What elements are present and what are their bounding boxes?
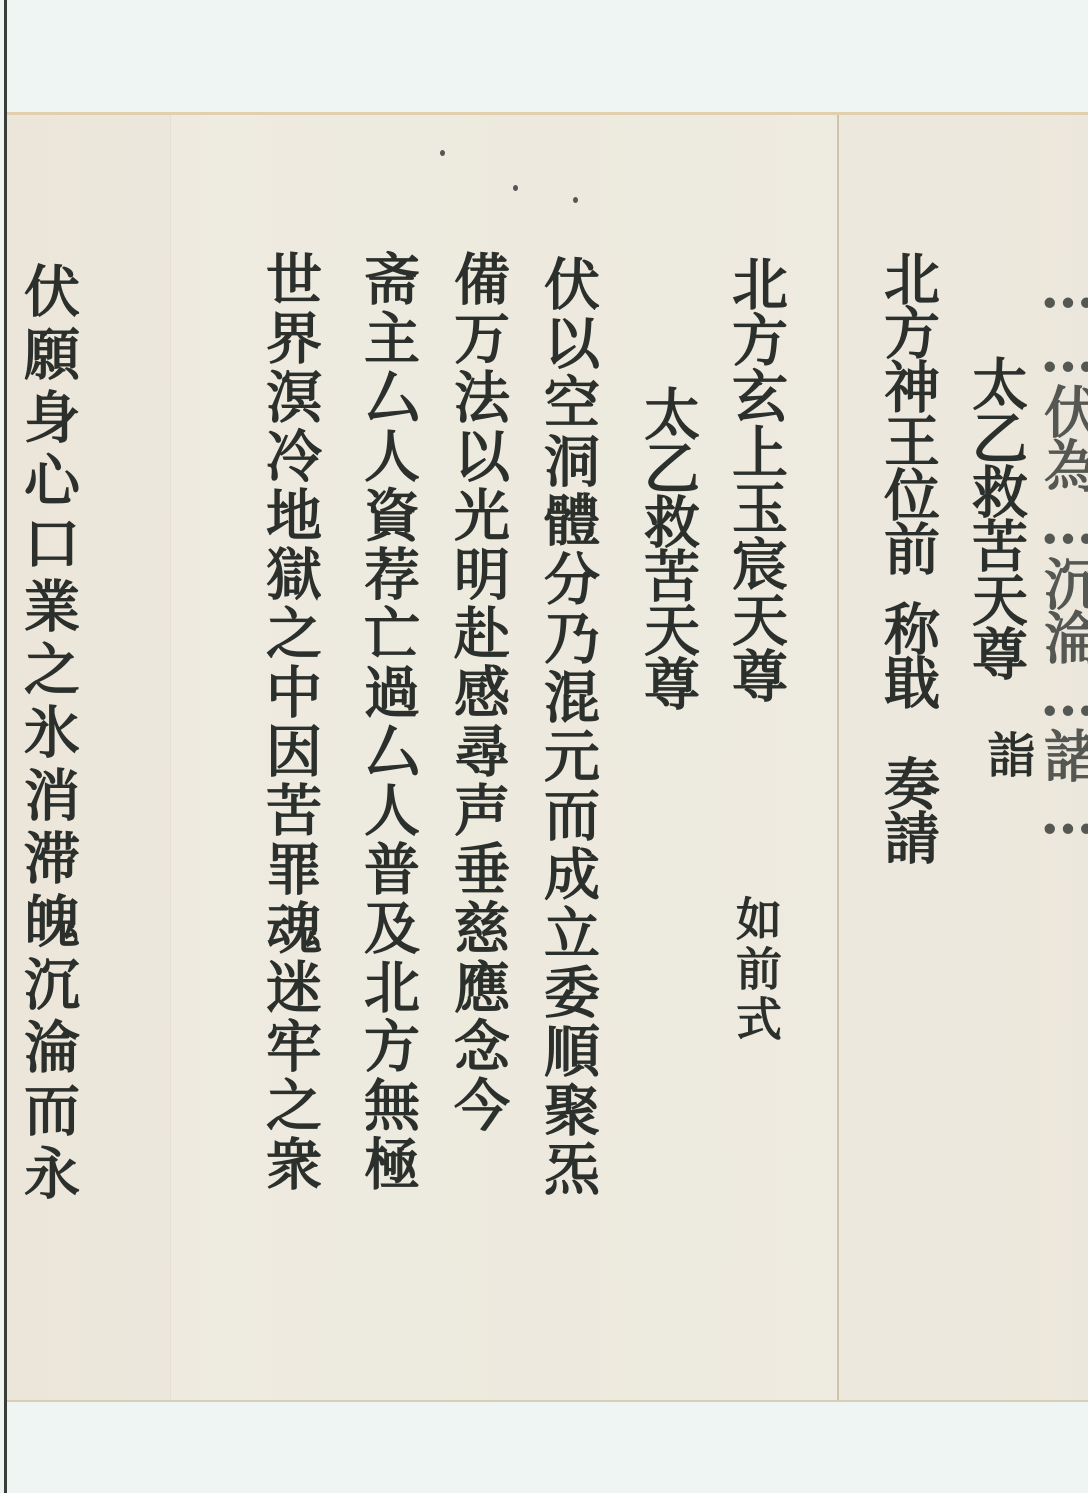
ink-spot <box>513 185 518 191</box>
ink-spot <box>440 150 445 156</box>
text-column-north-xuanshang: 北方玄上玉宸天尊 <box>728 255 784 703</box>
text-column-annotation-chengji: 称戢 <box>880 600 936 708</box>
text-column-body-5: 伏願身心口業之氷消滞魄沉淪而永 <box>20 262 76 1207</box>
text-column-annotation-zouqing: 奏請 <box>880 755 936 863</box>
text-column-north-spirit-king: 北方神王位前 <box>880 250 936 574</box>
text-column-body-3: 斋主厶人資荐亡過厶人普及北方無極 <box>360 250 416 1194</box>
text-column-deity-taiyi-2: 太乙救苦天尊 <box>640 385 696 709</box>
text-column-body-1: 伏以空洞體分乃混元而成立委順聚炁 <box>540 255 596 1199</box>
text-column-partial: ……伏為…沉淪…諸… <box>1040 255 1088 845</box>
text-column-annotation-yi: 詣 <box>983 730 1031 780</box>
ink-spot <box>573 197 578 203</box>
text-column-deity-taiyi: 太乙救苦天尊 <box>968 355 1024 679</box>
text-column-body-4: 世界溟冷地獄之中因苦罪魂迷牢之衆 <box>262 250 318 1194</box>
text-column-annotation-ruqianshi: 如前式 <box>733 895 779 1045</box>
text-column-body-2: 備万法以光明赴感尋声垂慈應念今 <box>450 250 506 1135</box>
